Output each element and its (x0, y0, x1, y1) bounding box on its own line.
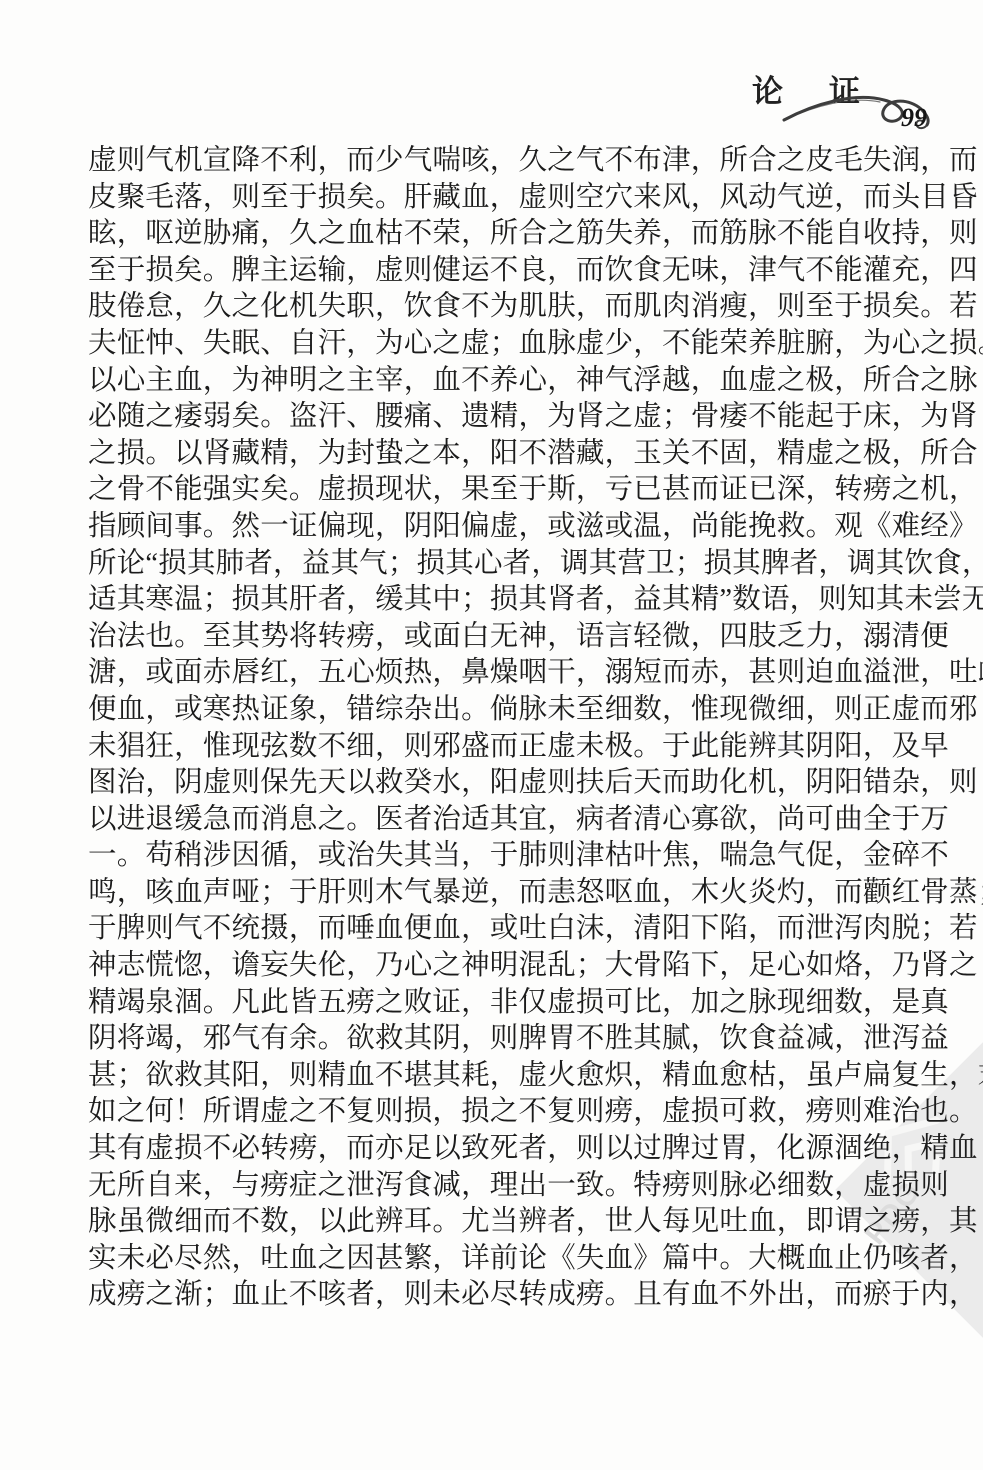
text-line: 必随之痿弱矣。盗汗、腰痛、遗精，为肾之虚；骨痿不能起于床，为肾 (88, 399, 884, 436)
text-line: 所论“损其肺者，益其气；损其心者，调其营卫；损其脾者，调其饮食， (88, 546, 884, 583)
scanned-book-page: 论 证 99 PDG 虚则气机宣降不利，而少气喘咳，久之气不布津，所合之皮毛失润… (0, 0, 983, 1470)
text-line: 实未必尽然，吐血之因甚繁，详前论《失血》篇中。大概血止仍咳者， (88, 1241, 884, 1278)
text-line: 虚则气机宣降不利，而少气喘咳，久之气不布津，所合之皮毛失润，而 (88, 143, 884, 180)
text-line: 于脾则气不统摄，而唾血便血，或吐白沫，清阳下陷，而泄泻肉脱；若 (88, 911, 884, 948)
text-line: 图治，阴虚则保先天以救癸水，阳虚则扶后天而助化机，阴阳错杂，则 (88, 765, 884, 802)
text-line: 神志慌惚，谵妄失伦，乃心之神明混乱；大骨陷下，足心如烙，乃肾之 (88, 948, 884, 985)
text-line: 无所自来，与痨症之泄泻食减，理出一致。特痨则脉必细数，虚损则 (88, 1168, 884, 1205)
text-line: 治法也。至其势将转痨，或面白无神，语言轻微，四肢乏力，溺清便 (88, 619, 884, 656)
text-line: 以进退缓急而消息之。医者治适其宜，病者清心寡欲，尚可曲全于万 (88, 802, 884, 839)
text-line: 鸣，咳血声哑；于肝则木气暴逆，而恚怒呕血，木火炎灼，而颧红骨蒸； (88, 875, 884, 912)
text-line: 肢倦怠，久之化机失职，饮食不为肌肤，而肌肉消瘦，则至于损矣。若 (88, 289, 884, 326)
text-line: 适其寒温；损其肝者，缓其中；损其肾者，益其精”数语，则知其未尝无 (88, 582, 884, 619)
text-line: 一。苟稍涉因循，或治失其当，于肺则津枯叶焦，喘急气促，金碎不 (88, 838, 884, 875)
page-number: 99 (901, 103, 927, 133)
text-line: 夫怔忡、失眠、自汗，为心之虚；血脉虚少，不能荣养脏腑，为心之损。 (88, 326, 884, 363)
text-line: 如之何！所谓虚之不复则损，损之不复则痨，虚损可救，痨则难治也。 (88, 1094, 884, 1131)
text-line: 甚；欲救其阳，则精血不堪其耗，虚火愈炽，精血愈枯，虽卢扁复生，末 (88, 1058, 884, 1095)
text-line: 皮聚毛落，则至于损矣。肝藏血，虚则空穴来风，风动气逆，而头目昏 (88, 180, 884, 217)
text-line: 便血，或寒热证象，错综杂出。倘脉未至细数，惟现微细，则正虚而邪 (88, 692, 884, 729)
text-line: 其有虚损不必转痨，而亦足以致死者，则以过脾过胃，化源涸绝，精血 (88, 1131, 884, 1168)
text-line: 眩，呕逆胁痛，久之血枯不荣，所合之筋失养，而筋脉不能自收持，则 (88, 216, 884, 253)
text-line: 至于损矣。脾主运输，虚则健运不良，而饮食无味，津气不能灌充，四 (88, 253, 884, 290)
text-line: 脉虽微细而不数，以此辨耳。尤当辨者，世人每见吐血，即谓之痨，其 (88, 1204, 884, 1241)
text-line: 精竭泉涸。凡此皆五痨之败证，非仅虚损可比，加之脉现细数，是真 (88, 985, 884, 1022)
text-line: 溏，或面赤唇红，五心烦热，鼻燥咽干，溺短而赤，甚则迫血溢泄，吐衄 (88, 655, 884, 692)
body-text: 虚则气机宣降不利，而少气喘咳，久之气不布津，所合之皮毛失润，而皮聚毛落，则至于损… (88, 143, 884, 1314)
text-line: 之损。以肾藏精，为封蛰之本，阳不潜藏，玉关不固，精虚之极，所合 (88, 436, 884, 473)
text-line: 指顾间事。然一证偏现，阴阳偏虚，或滋或温，尚能挽救。观《难经》 (88, 509, 884, 546)
text-line: 成痨之渐；血止不咳者，则未必尽转成痨。且有血不外出，而瘀于内， (88, 1277, 884, 1314)
text-line: 之骨不能强实矣。虚损现状，果至于斯，亏已甚而证已深，转痨之机， (88, 472, 884, 509)
text-line: 未猖狂，惟现弦数不细，则邪盛而正虚未极。于此能辨其阴阳，及早 (88, 729, 884, 766)
text-line: 以心主血，为神明之主宰，血不养心，神气浮越，血虚之极，所合之脉 (88, 363, 884, 400)
text-line: 阴将竭，邪气有余。欲救其阴，则脾胃不胜其腻，饮食益减，泄泻益 (88, 1021, 884, 1058)
chapter-title-char-left: 论 (752, 66, 783, 111)
